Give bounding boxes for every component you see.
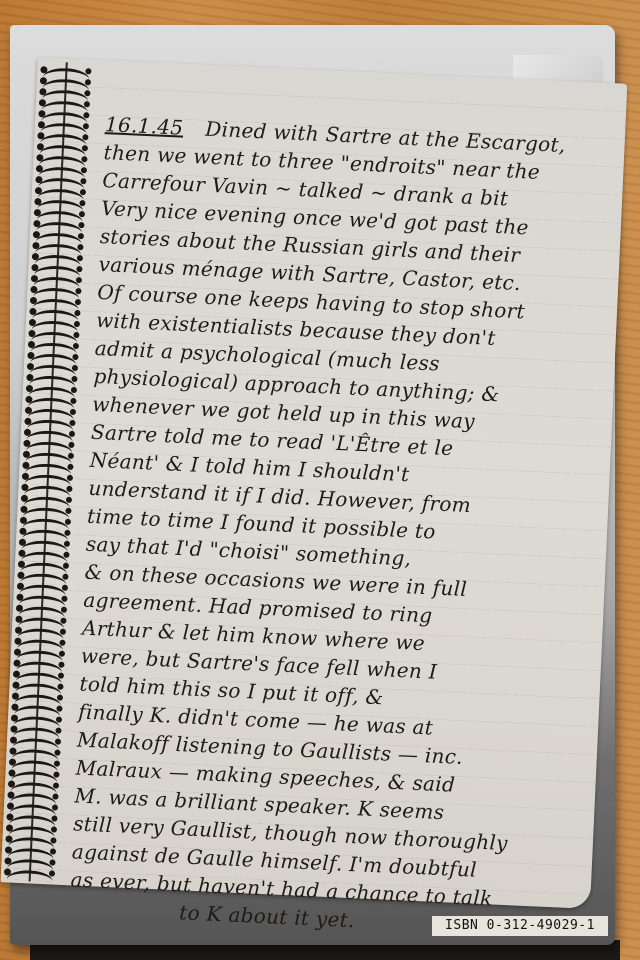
spiral-coil-icon [15, 694, 61, 706]
diary-date: 16.1.45 [104, 112, 183, 140]
spiral-coil-icon [19, 606, 65, 618]
spiral-coil-icon [39, 155, 85, 167]
spiral-coil-icon [31, 331, 77, 343]
spiral-coil-icon [23, 507, 69, 519]
spiral-coil-icon [39, 166, 85, 178]
spiral-coil-icon [22, 540, 68, 552]
spiral-coil-icon [35, 243, 81, 255]
spiral-coil-icon [24, 496, 70, 508]
spiral-coil-icon [29, 375, 75, 387]
spiral-coil-icon [42, 89, 88, 101]
spiral-coil-icon [21, 562, 67, 574]
spiral-coil-icon [30, 364, 76, 376]
spiral-coil-icon [41, 111, 87, 123]
spiral-coil-icon [26, 441, 72, 453]
spiral-coil-icon [38, 188, 84, 200]
spiral-coil-icon [17, 639, 63, 651]
spiral-coil-icon [14, 705, 60, 717]
notebook-page: 16.1.45Dined with Sartre at the Escargot… [1, 57, 628, 909]
spiral-coil-icon [8, 836, 54, 848]
spiral-coil-icon [34, 265, 80, 277]
spiral-coil-icon [20, 573, 66, 585]
spiral-coil-icon [26, 452, 72, 464]
spiral-coil-icon [38, 177, 84, 189]
spiral-coil-icon [37, 199, 83, 211]
handwritten-diary-entry: 16.1.45Dined with Sartre at the Escargot… [69, 110, 605, 944]
spiral-coil-icon [12, 760, 58, 772]
spiral-coil-icon [43, 67, 89, 79]
spiral-coil-icon [10, 804, 56, 816]
spiral-coil-icon [40, 133, 86, 145]
spiral-coil-icon [15, 683, 61, 695]
spiral-coil-icon [36, 221, 82, 233]
spiral-coil-icon [24, 485, 70, 497]
spiral-coil-icon [27, 430, 73, 442]
spiral-coil-icon [42, 100, 88, 112]
spiral-coil-icon [16, 661, 62, 673]
spiral-coil-icon [9, 825, 55, 837]
spiral-coil-icon [17, 650, 63, 662]
spiral-coil-icon [11, 782, 57, 794]
spiral-coil-icon [11, 771, 57, 783]
spiral-coil-icon [12, 749, 58, 761]
spiral-coil-icon [31, 342, 77, 354]
spiral-coil-icon [28, 397, 74, 409]
spiral-coil-icon [34, 276, 80, 288]
spiral-coil-icon [28, 408, 74, 420]
spiral-coil-icon [32, 309, 78, 321]
spiral-coil-icon [7, 858, 53, 870]
spiral-coil-icon [9, 814, 55, 826]
spiral-coil-icon [30, 353, 76, 365]
spiral-coil-icon [13, 727, 59, 739]
spiral-coil-icon [18, 617, 64, 629]
spiral-coil-icon [20, 584, 66, 596]
spiral-coil-icon [37, 210, 83, 222]
spiral-coil-icon [33, 287, 79, 299]
spiral-coil-icon [14, 716, 60, 728]
spiral-coil-icon [7, 869, 53, 881]
spiral-coil-icon [18, 628, 64, 640]
spiral-coil-icon [22, 529, 68, 541]
spiral-coil-icon [40, 144, 86, 156]
spiral-coil-icon [19, 595, 65, 607]
spiral-coil-icon [10, 793, 56, 805]
spiral-coil-icon [16, 672, 62, 684]
spiral-coil-icon [41, 122, 87, 134]
spiral-coil-icon [35, 254, 81, 266]
spiral-coil-icon [36, 232, 82, 244]
spiral-coil-icon [32, 320, 78, 332]
spiral-coil-icon [21, 551, 67, 563]
spiral-coil-icon [13, 738, 59, 750]
spiral-coil-icon [8, 847, 54, 859]
spiral-coil-icon [33, 298, 79, 310]
spiral-coil-icon [25, 463, 71, 475]
spiral-coil-icon [43, 78, 89, 90]
isbn-label: ISBN 0-312-49029-1 [432, 916, 608, 936]
spiral-coil-icon [27, 419, 73, 431]
spiral-coil-icon [29, 386, 75, 398]
spiral-coil-icon [25, 474, 71, 486]
spiral-coil-icon [23, 518, 69, 530]
